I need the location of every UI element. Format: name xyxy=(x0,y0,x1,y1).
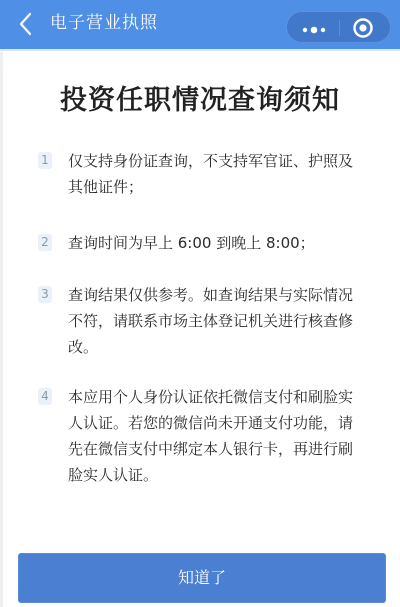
notice-text: 仅支持身份证查询，不支持军官证、护照及其他证件； xyxy=(68,148,358,200)
more-button[interactable] xyxy=(301,21,327,33)
back-button[interactable] xyxy=(16,11,36,37)
chevron-left-icon xyxy=(16,11,36,37)
notice-number-badge: 1 xyxy=(38,152,52,169)
page-title: 投资任职情况查询须知 xyxy=(0,78,400,117)
confirm-button[interactable]: 知道了 xyxy=(18,553,386,603)
target-circle-icon xyxy=(352,17,374,39)
capsule-divider xyxy=(339,20,340,36)
more-dots-icon xyxy=(301,24,327,36)
notice-text: 查询结果仅供参考。如查询结果与实际情况不符，请联系市场主体登记机关进行核查修改。 xyxy=(68,282,358,360)
navigation-bar: 电子营业执照 xyxy=(0,0,400,51)
notice-text: 本应用个人身份认证依托微信支付和刷脸实人认证。若您的微信尚未开通支付功能，请先在… xyxy=(68,384,358,488)
notice-text: 查询时间为早上 6:00 到晚上 8:00； xyxy=(68,230,358,256)
notice-number-badge: 3 xyxy=(38,286,52,303)
left-edge-shadow xyxy=(0,52,3,607)
mini-program-capsule xyxy=(286,11,391,43)
nav-title: 电子营业执照 xyxy=(50,12,158,34)
notice-number-badge: 4 xyxy=(38,388,52,405)
close-button[interactable] xyxy=(352,17,374,39)
notice-number-badge: 2 xyxy=(38,234,52,251)
